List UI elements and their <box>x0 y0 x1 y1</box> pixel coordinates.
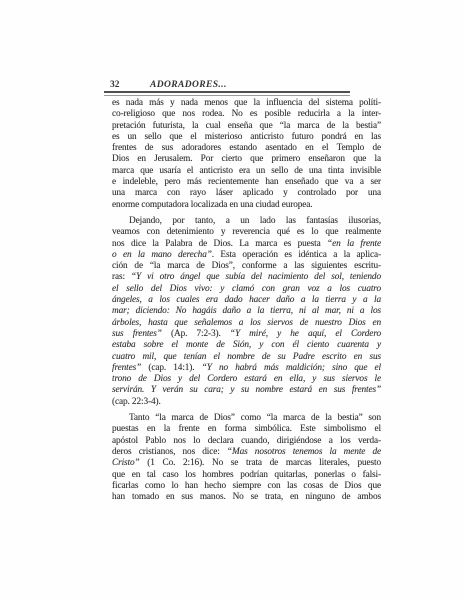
running-title: ADORADORES... <box>150 80 227 91</box>
text-line: árboles, hasta que señalemos a los sierv… <box>112 318 381 329</box>
text-line: co-religioso que nos rodea. No es posibl… <box>112 109 381 120</box>
text-line: sus frentes” (Ap. 7:2-3). “Y miré, y he … <box>112 329 381 340</box>
text-line: servirán. Y verán su cara; y su nombre e… <box>112 385 381 396</box>
text-line: deros cristianos, nos dice: “Mas nosotro… <box>112 447 381 458</box>
text-line: (cap. 22:3-4). <box>112 397 381 408</box>
text-line: es nada más y nada menos que la influenc… <box>112 98 381 109</box>
text-line: estaba sobre el monte de Sión, y con él … <box>112 340 381 351</box>
paragraph: Tanto “la marca de Dios” como “la marca … <box>112 413 381 503</box>
text-line: el sello del Dios vivo: y clamó con gran… <box>112 284 381 295</box>
text-line: frentes” (cap. 14:1). “Y no habrá más ma… <box>112 363 381 374</box>
text-line: trono de Dios y del Cordero estará en el… <box>112 374 381 385</box>
text-line: apóstol Pablo nos lo declara cuando, dir… <box>112 436 381 447</box>
text-line: ras: “Y vi otro ángel que subía del naci… <box>112 272 381 283</box>
text-line: Tanto “la marca de Dios” como “la marca … <box>112 413 381 424</box>
text-line: ficarlas como lo han hecho siempre con l… <box>112 481 381 492</box>
text-line: marca que usaría el anticristo era un se… <box>112 166 381 177</box>
text-line: que en tal caso los hombres podrían quit… <box>112 470 381 481</box>
text-line: enorme computadora localizada en una ciu… <box>112 200 381 211</box>
paragraph: es nada más y nada menos que la influenc… <box>112 98 381 211</box>
text-line: Dios en Jerusalem. Por cierto que primer… <box>112 154 381 165</box>
header-rule <box>104 91 350 96</box>
text-line: pretación futurista, la cual enseña que … <box>112 121 381 132</box>
text-line: cuatro mil, que tenían el nombre de su P… <box>112 352 381 363</box>
text-line: nos dice la Palabra de Dios. La marca es… <box>112 239 381 250</box>
text-line: puestas en la frente en forma simbólica.… <box>112 424 381 435</box>
text-line: Dejando, por tanto, a un lado las fantas… <box>112 216 381 227</box>
body-text: es nada más y nada menos que la influenc… <box>112 98 381 503</box>
text-line: ción de “la marca de Dios”, conforme a l… <box>112 261 381 272</box>
text-line: han tomado en sus manos. No se trata, en… <box>112 492 381 503</box>
text-line: mar; diciendo: No hagáis daño a la tierr… <box>112 306 381 317</box>
text-line: es un sello que el misterioso anticristo… <box>112 132 381 143</box>
book-page: 32 ADORADORES... es nada más y nada meno… <box>0 0 463 599</box>
paragraph: Dejando, por tanto, a un lado las fantas… <box>112 216 381 408</box>
text-line: Cristo” (1 Co. 2:16). No se trata de mar… <box>112 458 381 469</box>
text-line: una marca con rayo láser aplicado y cont… <box>112 188 381 199</box>
text-line: ángeles, a los cuales era dado hacer dañ… <box>112 295 381 306</box>
page-number: 32 <box>110 80 120 91</box>
text-line: e indeleble, pero más recientemente han … <box>112 177 381 188</box>
text-line: frentes de sus adoradores estando asenta… <box>112 143 381 154</box>
text-line: veamos con detenimiento y reverencia qué… <box>112 227 381 238</box>
text-line: o en la mano derecha”. Esta operación es… <box>112 250 381 261</box>
